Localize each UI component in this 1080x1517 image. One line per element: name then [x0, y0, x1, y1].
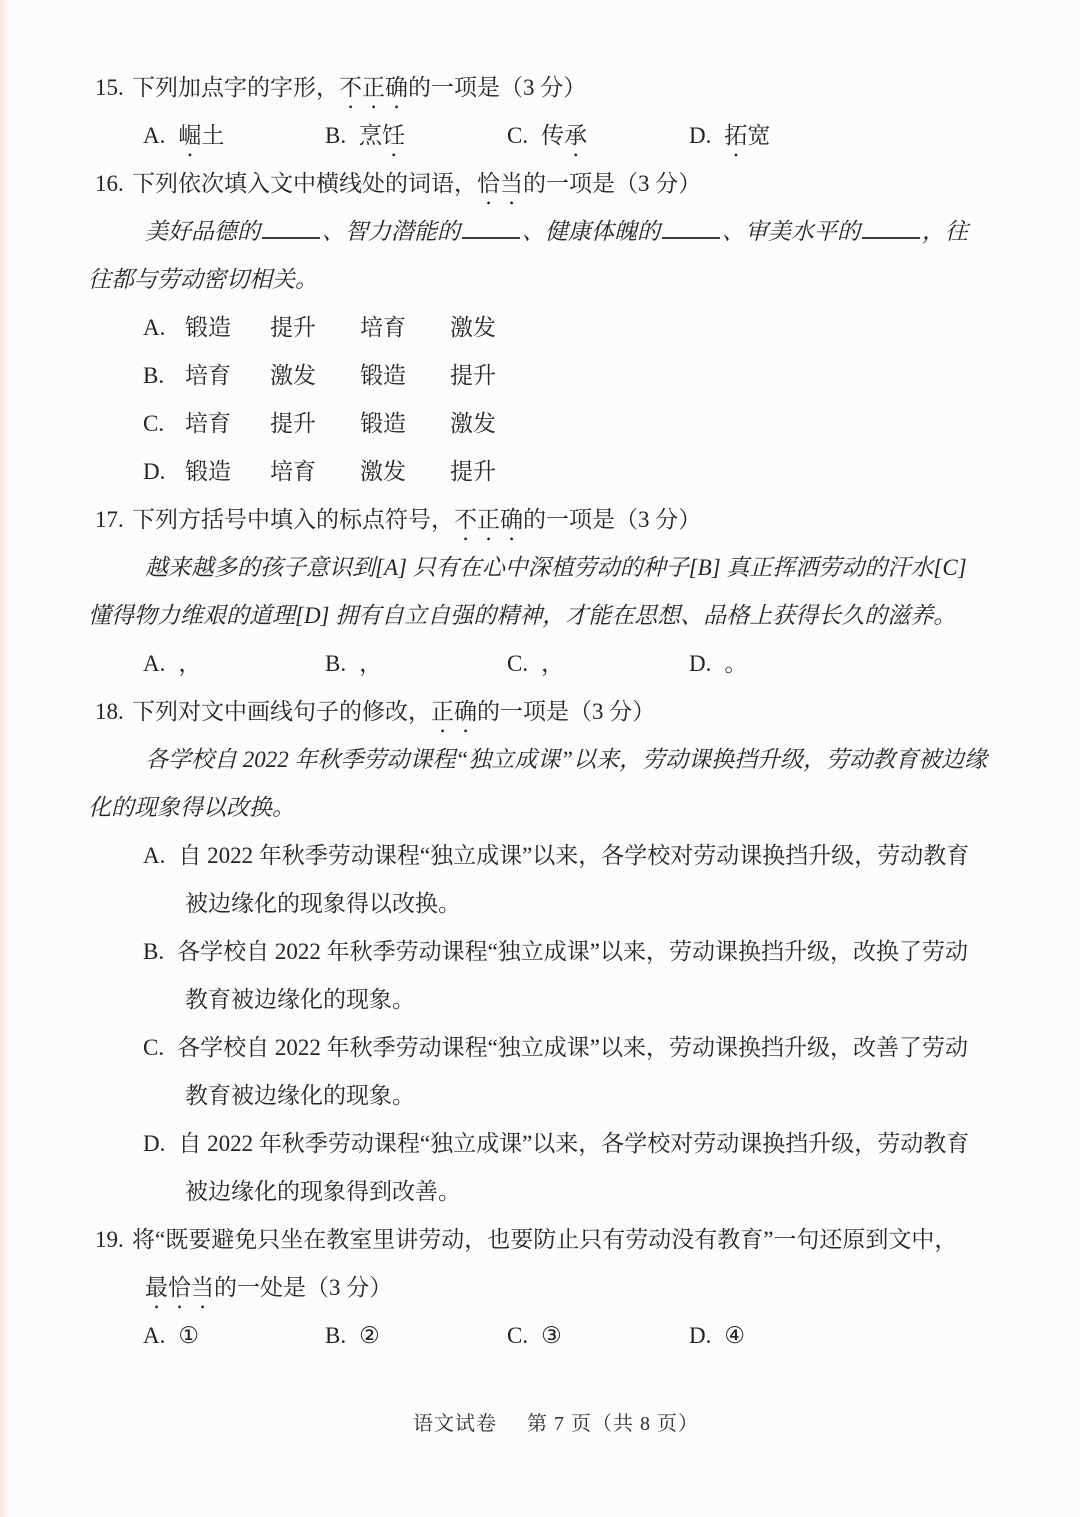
q17-option-d-text: 。	[724, 651, 747, 676]
question-18-prompt: 下列对文中画线句子的修改，正确的一项是（3 分）	[132, 699, 655, 724]
q19-option-c: C.③	[507, 1312, 689, 1360]
q19-option-d: D.④	[689, 1323, 745, 1348]
q19-option-d-text: ④	[724, 1323, 745, 1348]
question-16-passage-line2: 往都与劳动密切相关。	[88, 256, 1024, 304]
q15-option-a: A.崛土	[143, 112, 325, 162]
question-17-passage-line2: 懂得物力维艰的道理[D] 拥有自立自强的精神，才能在思想、品格上获得长久的滋养。	[88, 592, 1024, 640]
q16-option-c-letter: C.	[143, 400, 185, 448]
question-15-title: 15.下列加点字的字形，不正确的一项是（3 分）	[88, 64, 1024, 112]
q17-option-c-letter: C.	[507, 651, 528, 676]
q16-option-d-word3: 激发	[360, 448, 450, 496]
q18-option-a-line2: 被边缘化的现象得以改换。	[88, 880, 1024, 928]
question-19-title-line1: 19.将“既要避免只坐在教室里讲劳动，也要防止只有劳动没有教育”一句还原到文中，	[88, 1216, 1024, 1264]
question-18-title: 18.下列对文中画线句子的修改，正确的一项是（3 分）	[88, 688, 1024, 736]
q15-prompt-post: 的一项是（3 分）	[408, 75, 586, 100]
q15-option-c: C.传承	[507, 112, 689, 162]
q16-option-a-word2: 提升	[270, 304, 360, 352]
fill-in-blank	[662, 215, 720, 239]
q16-option-a-word4: 激发	[450, 315, 496, 340]
q19-prompt-post: 的一处是（3 分）	[214, 1275, 392, 1300]
fill-in-blank	[262, 215, 320, 239]
q16-option-d-word4: 提升	[450, 459, 496, 484]
question-18-passage-line2: 化的现象得以改换。	[88, 784, 1024, 832]
q16-prompt-emphasized: 恰当	[477, 171, 523, 196]
question-18-passage-line1: 各学校自 2022 年秋季劳动课程“独立成课”以来，劳动课换挡升级，劳动教育被边…	[88, 736, 1024, 784]
q16-option-a-letter: A.	[143, 304, 185, 352]
q16-prompt-post: 的一项是（3 分）	[523, 171, 701, 196]
q18-option-a-text1: 自 2022 年秋季劳动课程“独立成课”以来，各学校对劳动课换挡升级，劳动教育	[178, 843, 969, 868]
q15-option-b: B.烹饪	[325, 112, 507, 162]
question-16-passage-line1: 美好品德的、智力潜能的、健康体魄的、审美水平的，往	[88, 208, 1024, 256]
q16-option-b-word4: 提升	[450, 363, 496, 388]
question-17-prompt: 下列方括号中填入的标点符号，不正确的一项是（3 分）	[132, 507, 701, 532]
q17-option-b-text: ，	[359, 651, 382, 676]
q16-option-a-word3: 培育	[360, 304, 450, 352]
q15-option-d-emph: 拓	[724, 123, 747, 148]
q18-option-c-text1: 各学校自 2022 年秋季劳动课程“独立成课”以来，劳动课换挡升级，改善了劳动	[177, 1035, 968, 1060]
q16-option-d-word2: 培育	[270, 448, 360, 496]
q19-option-b-text: ②	[359, 1323, 380, 1348]
q17-prompt-emphasized: 不正确	[454, 507, 523, 532]
question-16-title: 16.下列依次填入文中横线处的词语，恰当的一项是（3 分）	[88, 160, 1024, 208]
q17-option-a: A.，	[143, 640, 325, 688]
question-19-options: A.①B.②C.③D.④	[88, 1312, 1024, 1360]
footer-paper-title: 语文试卷	[413, 1413, 497, 1435]
q18-option-d-line2: 被边缘化的现象得到改善。	[88, 1168, 1024, 1216]
q15-option-d-letter: D.	[689, 123, 711, 148]
q16-passage-part: ，往	[922, 219, 968, 244]
q16-passage-part: 、智力潜能的	[322, 219, 460, 244]
q15-option-c-pre: 传	[541, 123, 564, 148]
q18-option-b-text1: 各学校自 2022 年秋季劳动课程“独立成课”以来，劳动课换挡升级，改换了劳动	[177, 939, 968, 964]
question-17-title: 17.下列方括号中填入的标点符号，不正确的一项是（3 分）	[88, 496, 1024, 544]
question-15-prompt: 下列加点字的字形，不正确的一项是（3 分）	[132, 75, 586, 100]
q18-option-b-letter: B.	[143, 939, 164, 964]
question-15-number: 15.	[95, 64, 132, 112]
q19-option-c-text: ③	[541, 1323, 562, 1348]
q18-prompt-post: 的一项是（3 分）	[477, 699, 655, 724]
q15-prompt-emphasized: 不正确	[339, 75, 408, 100]
q16-option-c-word1: 培育	[185, 400, 270, 448]
footer-page-number: 第 7 页（共 8 页）	[527, 1413, 699, 1435]
fill-in-blank	[862, 215, 920, 239]
q15-prompt-pre: 下列加点字的字形，	[132, 75, 339, 100]
q18-option-c-line2: 教育被边缘化的现象。	[88, 1072, 1024, 1120]
q15-option-a-emph: 崛	[178, 123, 201, 148]
q15-option-d-post: 宽	[747, 123, 770, 148]
q17-option-d-letter: D.	[689, 651, 711, 676]
q17-option-b: B.，	[325, 640, 507, 688]
q16-option-b-word1: 培育	[185, 352, 270, 400]
q15-option-b-letter: B.	[325, 123, 346, 148]
q15-option-c-letter: C.	[507, 123, 528, 148]
q18-option-c-line1: C.各学校自 2022 年秋季劳动课程“独立成课”以来，劳动课换挡升级，改善了劳…	[88, 1024, 1024, 1072]
q19-option-a-text: ①	[178, 1323, 199, 1348]
q19-prompt-emphasized: 最恰当	[145, 1275, 214, 1300]
q19-option-b: B.②	[325, 1312, 507, 1360]
q16-option-a: A.锻造提升培育激发	[88, 304, 1024, 352]
q15-option-d: D.拓宽	[689, 123, 770, 148]
q16-passage-part: 、审美水平的	[722, 219, 860, 244]
q18-option-b-line1: B.各学校自 2022 年秋季劳动课程“独立成课”以来，劳动课换挡升级，改换了劳…	[88, 928, 1024, 976]
q15-option-b-pre: 烹	[359, 123, 382, 148]
question-19-number: 19.	[95, 1216, 132, 1264]
q16-option-b-word3: 锻造	[360, 352, 450, 400]
q16-option-c: C.培育提升锻造激发	[88, 400, 1024, 448]
q15-option-b-emph: 饪	[382, 123, 405, 148]
page-footer: 语文试卷第 7 页（共 8 页）	[88, 1400, 1024, 1448]
question-17-number: 17.	[95, 496, 132, 544]
q15-option-a-post: 土	[201, 123, 224, 148]
fill-in-blank	[462, 215, 520, 239]
q16-option-d: D.锻造培育激发提升	[88, 448, 1024, 496]
question-17-passage-line1: 越来越多的孩子意识到[A] 只有在心中深植劳动的种子[B] 真正挥洒劳动的汗水[…	[88, 544, 1024, 592]
question-17-options: A.，B.，C.，D.。	[88, 640, 1024, 688]
q16-option-c-word4: 激发	[450, 411, 496, 436]
scan-edge-artifact	[0, 0, 9, 1517]
q16-option-a-word1: 锻造	[185, 304, 270, 352]
q16-option-d-word1: 锻造	[185, 448, 270, 496]
q18-option-a-line1: A.自 2022 年秋季劳动课程“独立成课”以来，各学校对劳动课换挡升级，劳动教…	[88, 832, 1024, 880]
q16-option-b-word2: 激发	[270, 352, 360, 400]
q18-option-d-letter: D.	[143, 1131, 165, 1156]
q19-option-c-letter: C.	[507, 1323, 528, 1348]
q17-prompt-pre: 下列方括号中填入的标点符号，	[132, 507, 454, 532]
q18-option-c-letter: C.	[143, 1035, 164, 1060]
q16-option-b-letter: B.	[143, 352, 185, 400]
q17-option-a-letter: A.	[143, 651, 165, 676]
q16-passage-part: 美好品德的	[145, 219, 260, 244]
q18-option-d-line1: D.自 2022 年秋季劳动课程“独立成课”以来，各学校对劳动课换挡升级，劳动教…	[88, 1120, 1024, 1168]
q16-prompt-pre: 下列依次填入文中横线处的词语，	[132, 171, 477, 196]
q17-prompt-post: 的一项是（3 分）	[523, 507, 701, 532]
q17-option-c-text: ，	[541, 651, 564, 676]
q18-prompt-emphasized: 正确	[431, 699, 477, 724]
q18-prompt-pre: 下列对文中画线句子的修改，	[132, 699, 431, 724]
question-16-number: 16.	[95, 160, 132, 208]
q19-prompt-line1: 将“既要避免只坐在教室里讲劳动，也要防止只有劳动没有教育”一句还原到文中，	[132, 1227, 957, 1252]
q15-option-c-emph: 承	[564, 123, 587, 148]
q19-option-d-letter: D.	[689, 1323, 711, 1348]
question-19-title-line2: 最恰当的一处是（3 分）	[88, 1264, 1024, 1312]
q18-option-d-text1: 自 2022 年秋季劳动课程“独立成课”以来，各学校对劳动课换挡升级，劳动教育	[178, 1131, 969, 1156]
q15-option-a-letter: A.	[143, 123, 165, 148]
q16-option-c-word3: 锻造	[360, 400, 450, 448]
q16-passage-part: 、健康体魄的	[522, 219, 660, 244]
q17-option-b-letter: B.	[325, 651, 346, 676]
question-16-prompt: 下列依次填入文中横线处的词语，恰当的一项是（3 分）	[132, 171, 701, 196]
exam-page: 15.下列加点字的字形，不正确的一项是（3 分） A.崛土B.烹饪C.传承D.拓…	[0, 0, 1080, 1517]
q16-option-b: B.培育激发锻造提升	[88, 352, 1024, 400]
q17-option-a-text: ，	[178, 651, 201, 676]
question-18-number: 18.	[95, 688, 132, 736]
q16-option-c-word2: 提升	[270, 400, 360, 448]
question-15-options: A.崛土B.烹饪C.传承D.拓宽	[88, 112, 1024, 160]
q17-option-c: C.，	[507, 640, 689, 688]
q16-option-d-letter: D.	[143, 448, 185, 496]
q19-option-a-letter: A.	[143, 1323, 165, 1348]
q19-option-b-letter: B.	[325, 1323, 346, 1348]
q17-option-d: D.。	[689, 651, 747, 676]
q19-option-a: A.①	[143, 1312, 325, 1360]
q18-option-a-letter: A.	[143, 843, 165, 868]
q18-option-b-line2: 教育被边缘化的现象。	[88, 976, 1024, 1024]
